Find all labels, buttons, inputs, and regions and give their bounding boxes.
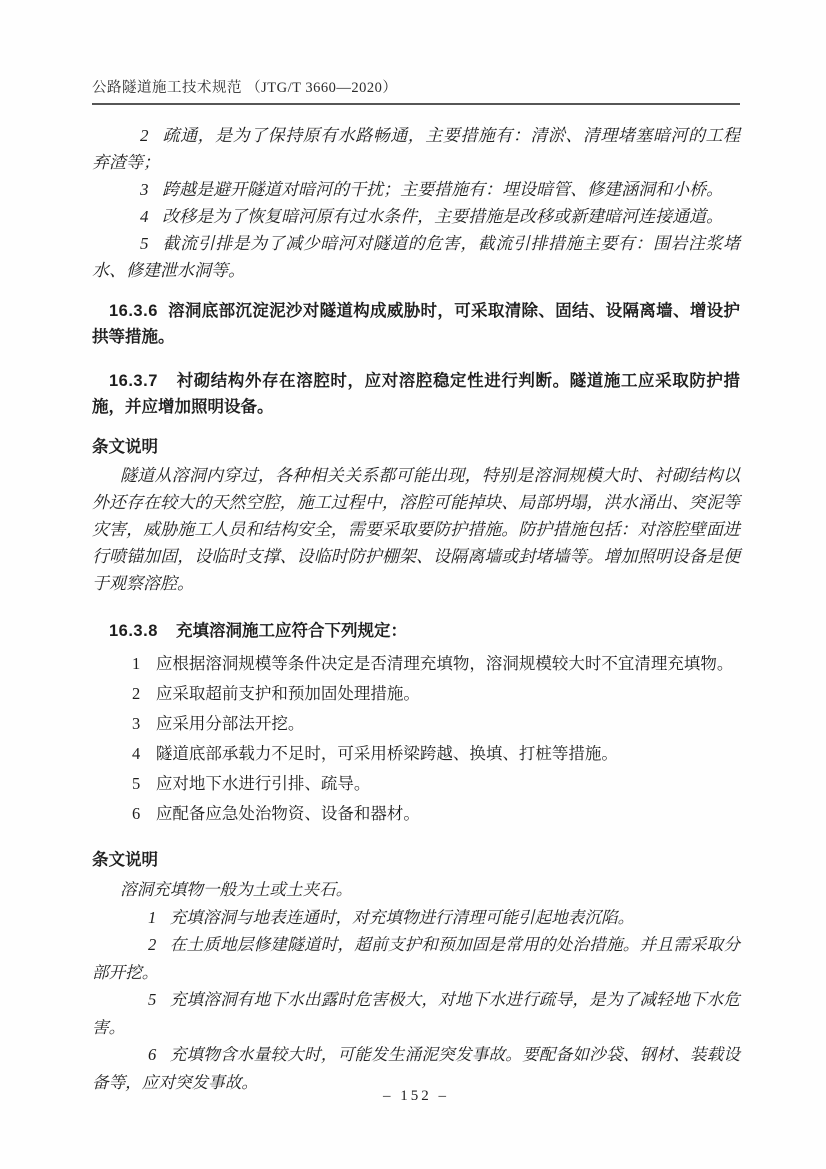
item-number: 6: [112, 799, 140, 829]
notes-item: 5充填溶洞有地下水出露时危害极大，对地下水进行疏导，是为了减轻地下水危害。: [92, 986, 740, 1041]
item-text: 隧道底部承载力不足时，可采用桥梁跨越、换填、打桩等措施。: [156, 744, 618, 763]
item-number: 1: [120, 904, 156, 932]
clause-item: 3应采用分部法开挖。: [92, 709, 740, 739]
clause-16-3-8: 16.3.8充填溶洞施工应符合下列规定：: [92, 618, 740, 644]
item-number: 2: [112, 679, 140, 709]
clause-16-3-8-items: 1应根据溶洞规模等条件决定是否清理充填物，溶洞规模较大时不宜清理充填物。 2应采…: [92, 649, 740, 829]
clause-text: 衬砌结构外存在溶腔时，应对溶腔稳定性进行判断。隧道施工应采取防护措施，并应增加照…: [92, 372, 740, 416]
document-page: 公路隧道施工技术规范 （JTG/T 3660—2020） 2疏通，是为了保持原有…: [0, 0, 826, 1169]
item-text: 应采取超前支护和预加固处理措施。: [156, 684, 420, 703]
clause-item: 4隧道底部承载力不足时，可采用桥梁跨越、换填、打桩等措施。: [92, 739, 740, 769]
item-number: 4: [116, 203, 149, 230]
clause-text: 溶洞底部沉淀泥沙对隧道构成威胁时，可采取清除、固结、设隔离墙、增设护拱等措施。: [92, 302, 740, 346]
carryover-note-item: 5截流引排是为了减少暗河对隧道的危害，截流引排措施主要有：围岩注浆堵水、修建泄水…: [92, 230, 740, 284]
header-rule: [92, 103, 740, 105]
notes-item: 1充填溶洞与地表连通时，对充填物进行清理可能引起地表沉陷。: [92, 904, 740, 932]
clause-item: 1应根据溶洞规模等条件决定是否清理充填物，溶洞规模较大时不宜清理充填物。: [92, 649, 740, 679]
item-text: 充填物含水量较大时，可能发生涌泥突发事故。要配备如沙袋、钢材、装载设备等，应对突…: [92, 1045, 740, 1092]
item-text: 疏通，是为了保持原有水路畅通，主要措施有：清淤、清理堵塞暗河的工程弃渣等；: [92, 126, 740, 172]
item-number: 3: [116, 176, 149, 203]
notes-heading: 条文说明: [92, 847, 740, 873]
notes-intro: 溶洞充填物一般为土或土夹石。: [92, 876, 740, 904]
clause-item: 2应采取超前支护和预加固处理措施。: [92, 679, 740, 709]
item-text: 充填溶洞与地表连通时，对充填物进行清理可能引起地表沉陷。: [170, 908, 635, 927]
page-number: – 152 –: [92, 1088, 740, 1105]
item-text: 截流引排是为了减少暗河对隧道的危害，截流引排措施主要有：围岩注浆堵水、修建泄水洞…: [92, 234, 740, 280]
item-number: 6: [120, 1041, 156, 1069]
item-number: 2: [120, 931, 156, 959]
notes-body-paragraph: 隧道从溶洞内穿过，各种相关关系都可能出现，特别是溶洞规模大时、衬砌结构以外还存在…: [92, 462, 740, 597]
clause-number: 16.3.6: [109, 302, 158, 320]
item-number: 5: [116, 230, 149, 257]
running-header: 公路隧道施工技术规范 （JTG/T 3660—2020）: [92, 76, 740, 105]
clause-item: 6应配备应急处治物资、设备和器材。: [92, 799, 740, 829]
clause-number: 16.3.8: [109, 622, 158, 640]
clause-number: 16.3.7: [109, 372, 158, 390]
document-body: 2疏通，是为了保持原有水路畅通，主要措施有：清淤、清理堵塞暗河的工程弃渣等； 3…: [92, 122, 740, 1096]
item-text: 应配备应急处治物资、设备和器材。: [156, 804, 420, 823]
notes-item: 2在土质地层修建隧道时，超前支护和预加固是常用的处治措施。并且需采取分部开挖。: [92, 931, 740, 986]
item-text: 应采用分部法开挖。: [156, 714, 305, 733]
item-number: 4: [112, 739, 140, 769]
carryover-note-item: 3跨越是避开隧道对暗河的干扰；主要措施有：埋设暗管、修建涵洞和小桥。: [92, 176, 740, 203]
header-title: 公路隧道施工技术规范 （JTG/T 3660—2020）: [92, 76, 740, 97]
item-number: 3: [112, 709, 140, 739]
item-text: 充填溶洞有地下水出露时危害极大，对地下水进行疏导，是为了减轻地下水危害。: [92, 990, 740, 1037]
clause-title: 充填溶洞施工应符合下列规定：: [176, 622, 407, 640]
item-number: 5: [112, 769, 140, 799]
clause-16-3-7: 16.3.7衬砌结构外存在溶腔时，应对溶腔稳定性进行判断。隧道施工应采取防护措施…: [92, 368, 740, 420]
carryover-note-item: 2疏通，是为了保持原有水路畅通，主要措施有：清淤、清理堵塞暗河的工程弃渣等；: [92, 122, 740, 176]
item-number: 1: [112, 649, 140, 679]
item-text: 在土质地层修建隧道时，超前支护和预加固是常用的处治措施。并且需采取分部开挖。: [92, 935, 740, 982]
clause-item: 5应对地下水进行引排、疏导。: [92, 769, 740, 799]
notes-heading: 条文说明: [92, 434, 740, 460]
item-text: 跨越是避开隧道对暗河的干扰；主要措施有：埋设暗管、修建涵洞和小桥。: [162, 180, 723, 199]
item-text: 应根据溶洞规模等条件决定是否清理充填物，溶洞规模较大时不宜清理充填物。: [156, 654, 734, 673]
clause-16-3-6: 16.3.6溶洞底部沉淀泥沙对隧道构成威胁时，可采取清除、固结、设隔离墙、增设护…: [92, 298, 740, 350]
carryover-note-item: 4改移是为了恢复暗河原有过水条件，主要措施是改移或新建暗河连接通道。: [92, 203, 740, 230]
notes-2-list: 溶洞充填物一般为土或土夹石。 1充填溶洞与地表连通时，对充填物进行清理可能引起地…: [92, 876, 740, 1096]
carryover-notes-list: 2疏通，是为了保持原有水路畅通，主要措施有：清淤、清理堵塞暗河的工程弃渣等； 3…: [92, 122, 740, 284]
item-text: 改移是为了恢复暗河原有过水条件，主要措施是改移或新建暗河连接通道。: [162, 207, 723, 226]
item-number: 2: [116, 122, 149, 149]
item-number: 5: [120, 986, 156, 1014]
item-text: 应对地下水进行引排、疏导。: [156, 774, 371, 793]
